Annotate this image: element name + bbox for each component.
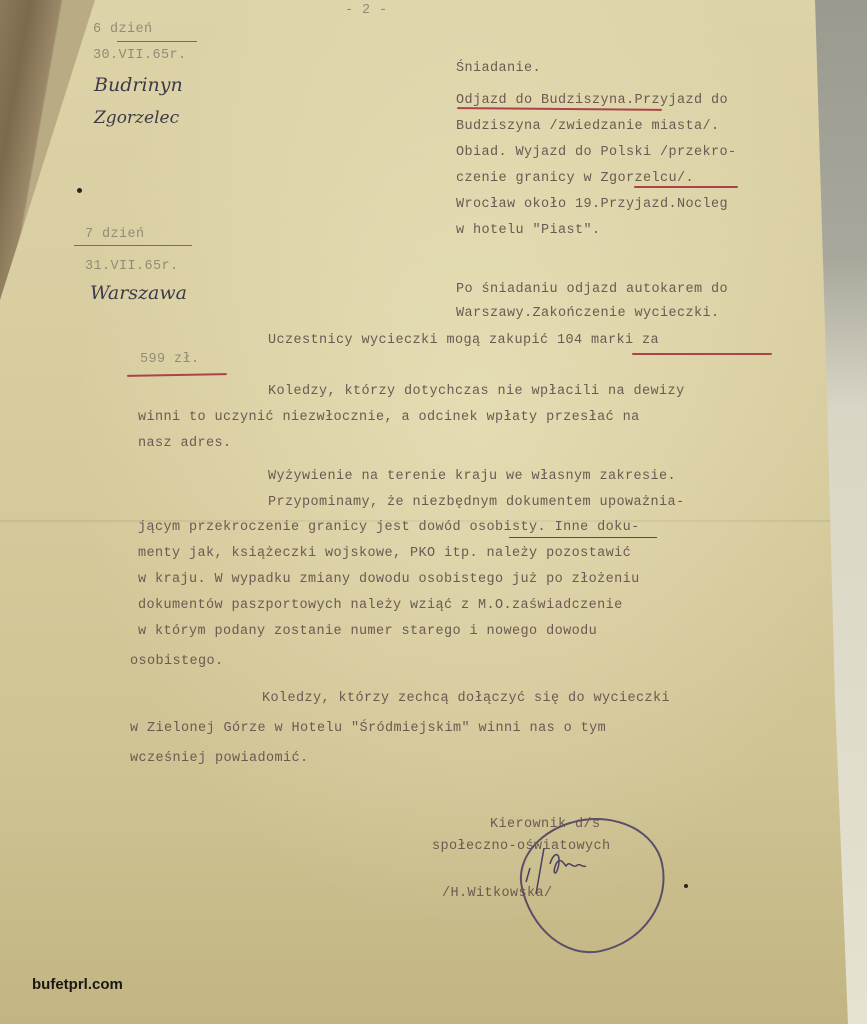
day6-label: 6 dzień xyxy=(93,23,153,37)
day6-line-1: Śniadanie. xyxy=(456,62,541,76)
red-underline-marks xyxy=(632,353,772,355)
watermark: bufetprl.com xyxy=(32,976,123,993)
red-underline-zgorzelec xyxy=(634,186,738,188)
p3-line-6: w którym podany zostanie numer starego i… xyxy=(138,625,597,639)
p1-line-3: nasz adres. xyxy=(138,437,232,451)
day6-line-3: Budziszyna /zwiedzanie miasta/. xyxy=(456,120,720,134)
p3-line-3: menty jak, książeczki wojskowe, PKO itp.… xyxy=(138,547,631,561)
p3-line-5: dokumentów paszportowych należy wziąć z … xyxy=(138,599,623,613)
underline-id-card xyxy=(509,537,657,538)
day6-underline xyxy=(117,41,197,42)
p3-line-7: osobistego. xyxy=(130,655,224,669)
day7-underline xyxy=(74,245,192,246)
p3-line-4: w kraju. W wypadku zmiany dowodu osobist… xyxy=(138,573,640,587)
page-number: - 2 - xyxy=(345,4,388,18)
ink-dot xyxy=(77,188,82,193)
handwritten-city-2: Zgorzelec xyxy=(94,108,179,128)
day6-line-7: w hotelu "Piast". xyxy=(456,224,601,238)
p3-line-1: Przypominamy, że niezbędnym dokumentem u… xyxy=(268,496,685,510)
day7-date: 31.VII.65r. xyxy=(85,260,179,274)
p1-line-1: Koledzy, którzy dotychczas nie wpłacili … xyxy=(268,385,685,399)
day7-line-1: Po śniadaniu odjazd autokarem do xyxy=(456,283,728,297)
p4-line-2: w Zielonej Górze w Hotelu "Śródmiejskim"… xyxy=(130,722,606,736)
day6-line-2: Odjazd do Budziszyna.Przyjazd do xyxy=(456,94,728,108)
handwritten-city-3: Warszawa xyxy=(90,282,187,304)
handwritten-city-1: Budrinyn xyxy=(94,74,183,96)
day7-line-2: Warszawy.Zakończenie wycieczki. xyxy=(456,307,720,321)
p4-line-1: Koledzy, którzy zechcą dołączyć się do w… xyxy=(262,692,670,706)
ink-dot xyxy=(684,884,688,888)
document-page xyxy=(0,0,867,1024)
exchange-price: 599 zł. xyxy=(140,353,200,367)
exchange-note: Uczestnicy wycieczki mogą zakupić 104 ma… xyxy=(268,334,659,348)
day6-date: 30.VII.65r. xyxy=(93,49,187,63)
p4-line-3: wcześniej powiadomić. xyxy=(130,752,309,766)
day6-line-6: Wrocław około 19.Przyjazd.Nocleg xyxy=(456,198,728,212)
day6-line-5: czenie granicy w Zgorzelcu/. xyxy=(456,172,694,186)
day7-label: 7 dzień xyxy=(85,228,145,242)
day6-line-4: Obiad. Wyjazd do Polski /przekro- xyxy=(456,146,737,160)
p1-line-2: winni to uczynić niezwłocznie, a odcinek… xyxy=(138,411,640,425)
p3-line-2: jącym przekroczenie granicy jest dowód o… xyxy=(138,521,640,535)
p2-line-1: Wyżywienie na terenie kraju we własnym z… xyxy=(268,470,676,484)
